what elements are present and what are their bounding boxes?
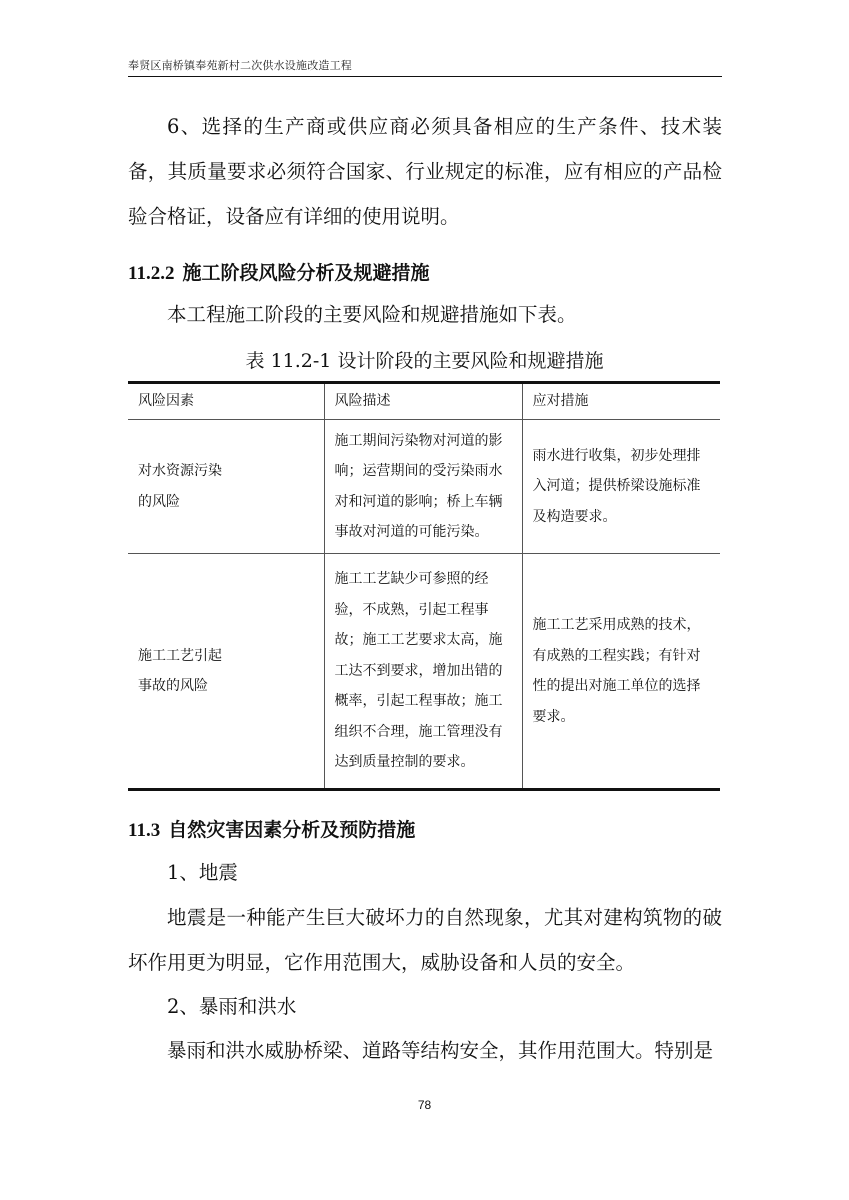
risk-description-cell: 施工工艺缺少可参照的经验，不成熟，引起工程事故；施工工艺要求太高，施工达不到要求… xyxy=(324,554,522,790)
risk-measure-cell: 雨水进行收集，初步处理排入河道；提供桥梁设施标准及构造要求。 xyxy=(522,420,720,554)
table-caption: 表 11.2-1 设计阶段的主要风险和规避措施 xyxy=(0,346,849,373)
risk-factor-cell: 施工工艺引起 事故的风险 xyxy=(128,554,324,790)
item-earthquake-title: 1、地震 xyxy=(128,850,722,895)
header-divider xyxy=(128,76,722,77)
risk-table: 风险因素 风险描述 应对措施 对水资源污染 的风险 施工期间污染物对河道的影响；… xyxy=(128,381,720,791)
table-intro-paragraph: 本工程施工阶段的主要风险和规避措施如下表。 xyxy=(128,292,722,337)
risk-factor-line: 施工工艺引起 xyxy=(138,641,314,672)
column-header-measure: 应对措施 xyxy=(522,383,720,420)
risk-factor-cell: 对水资源污染 的风险 xyxy=(128,420,324,554)
section-heading-11-3: 11.3自然灾害因素分析及预防措施 xyxy=(128,815,415,842)
table-row: 施工工艺引起 事故的风险 施工工艺缺少可参照的经验，不成熟，引起工程事故；施工工… xyxy=(128,554,720,790)
item-rainstorm-title: 2、暴雨和洪水 xyxy=(128,984,722,1029)
risk-factor-line: 事故的风险 xyxy=(138,671,314,702)
page-number: 78 xyxy=(0,1098,849,1112)
risk-measure-cell: 施工工艺采用成熟的技术，有成熟的工程实践；有针对性的提出对施工单位的选择要求。 xyxy=(522,554,720,790)
column-header-factor: 风险因素 xyxy=(128,383,324,420)
running-header: 奉贤区南桥镇奉苑新村二次供水设施改造工程 xyxy=(128,57,352,73)
section-number: 11.2.2 xyxy=(128,263,174,284)
section-heading-11-2-2: 11.2.2施工阶段风险分析及规避措施 xyxy=(128,258,429,285)
column-header-description: 风险描述 xyxy=(324,383,522,420)
paragraph-item-6: 6、选择的生产商或供应商必须具备相应的生产条件、技术装备，其质量要求必须符合国家… xyxy=(128,104,722,239)
section-title: 自然灾害因素分析及预防措施 xyxy=(168,819,415,841)
section-title: 施工阶段风险分析及规避措施 xyxy=(182,262,429,284)
risk-description-cell: 施工期间污染物对河道的影响；运营期间的受污染雨水对和河道的影响；桥上车辆事故对河… xyxy=(324,420,522,554)
risk-factor-line: 对水资源污染 xyxy=(138,456,314,487)
risk-factor-line: 的风险 xyxy=(138,487,314,518)
item-rainstorm-text: 暴雨和洪水威胁桥梁、道路等结构安全，其作用范围大。特别是 xyxy=(128,1028,722,1073)
section-number: 11.3 xyxy=(128,820,160,841)
item-earthquake-text: 地震是一种能产生巨大破坏力的自然现象，尤其对建构筑物的破坏作用更为明显，它作用范… xyxy=(128,895,722,985)
table-row: 对水资源污染 的风险 施工期间污染物对河道的影响；运营期间的受污染雨水对和河道的… xyxy=(128,420,720,554)
table-header-row: 风险因素 风险描述 应对措施 xyxy=(128,383,720,420)
